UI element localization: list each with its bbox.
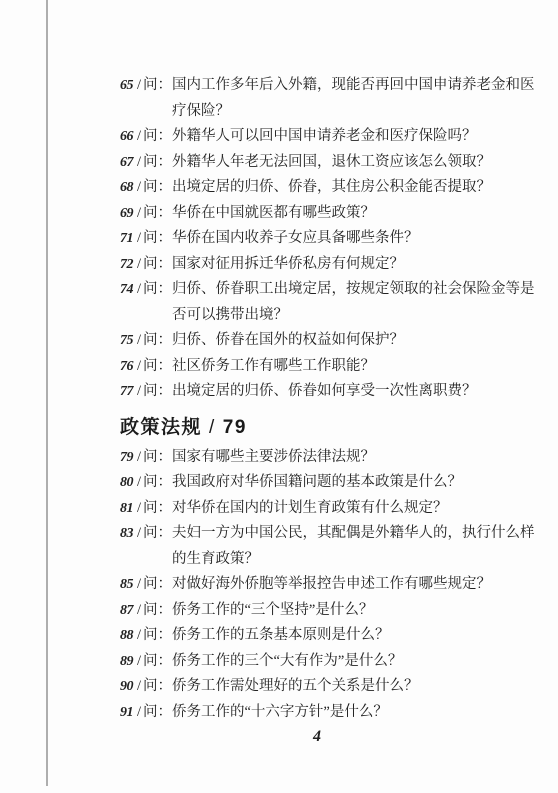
question-label: 问： — [143, 598, 172, 624]
section-heading: 政策法规/79 — [120, 415, 538, 441]
question-number: 80 — [120, 470, 135, 496]
question-text: 我国政府对华侨国籍问题的基本政策是什么？ — [172, 470, 537, 496]
section-title: 政策法规 — [120, 417, 202, 438]
question-text: 对华侨在国内的计划生育政策有什么规定？ — [172, 496, 537, 522]
toc-item-77: 77 / 问： 出境定居的归侨、侨眷如何享受一次性离职费？ — [120, 379, 538, 405]
toc-item-81: 81 / 问： 对华侨在国内的计划生育政策有什么规定？ — [120, 496, 538, 522]
toc-item-79: 79 / 问： 国家有哪些主要涉侨法律法规？ — [120, 445, 538, 471]
question-label: 问： — [143, 674, 172, 700]
question-number: 67 — [120, 150, 135, 176]
question-label: 问： — [143, 496, 172, 522]
question-text: 夫妇一方为中国公民，其配偶是外籍华人的，执行什么样的生育政策？ — [172, 521, 537, 572]
question-number: 75 — [120, 328, 135, 354]
question-label: 问： — [143, 175, 172, 201]
question-number: 85 — [120, 572, 135, 598]
question-label: 问： — [143, 700, 172, 726]
question-label: 问： — [143, 73, 172, 99]
slash-separator: / — [135, 201, 143, 227]
slash-separator: / — [135, 277, 143, 303]
question-text: 国内工作多年后入外籍，现能否再回中国申请养老金和医疗保险？ — [172, 73, 537, 124]
question-label: 问： — [143, 201, 172, 227]
question-label: 问： — [143, 623, 172, 649]
slash-separator: / — [135, 379, 143, 405]
slash-separator: / — [135, 252, 143, 278]
slash-separator: / — [135, 521, 143, 547]
question-label: 问： — [143, 277, 172, 303]
slash-separator: / — [135, 700, 143, 726]
slash-separator: / — [135, 226, 143, 252]
slash-separator: / — [135, 572, 143, 598]
slash-separator: / — [135, 124, 143, 150]
question-text: 侨务工作的“十六字方针”是什么？ — [172, 700, 537, 726]
question-label: 问： — [143, 572, 172, 598]
question-label: 问： — [143, 445, 172, 471]
question-label: 问： — [143, 470, 172, 496]
question-label: 问： — [143, 649, 172, 675]
slash-separator: / — [135, 354, 143, 380]
question-number: 72 — [120, 252, 135, 278]
toc-item-90: 90 / 问： 侨务工作需处理好的五个关系是什么？ — [120, 674, 538, 700]
toc-item-91: 91 / 问： 侨务工作的“十六字方针”是什么？ — [120, 700, 538, 726]
question-label: 问： — [143, 354, 172, 380]
slash-separator: / — [135, 623, 143, 649]
question-number: 89 — [120, 649, 135, 675]
question-number: 81 — [120, 496, 135, 522]
question-number: 76 — [120, 354, 135, 380]
slash-separator: / — [135, 73, 143, 99]
slash-separator: / — [135, 150, 143, 176]
question-number: 69 — [120, 201, 135, 227]
toc-item-69: 69 / 问： 华侨在中国就医都有哪些政策？ — [120, 201, 538, 227]
question-number: 66 — [120, 124, 135, 150]
question-number: 88 — [120, 623, 135, 649]
question-number: 87 — [120, 598, 135, 624]
question-label: 问： — [143, 328, 172, 354]
question-label: 问： — [143, 521, 172, 547]
toc-item-65: 65 / 问： 国内工作多年后入外籍，现能否再回中国申请养老金和医疗保险？ — [120, 73, 538, 124]
slash-separator: / — [135, 598, 143, 624]
toc-item-74: 74 / 问： 归侨、侨眷职工出境定居，按规定领取的社会保险金等是否可以携带出境… — [120, 277, 538, 328]
toc-item-68: 68 / 问： 出境定居的归侨、侨眷，其住房公积金能否提取？ — [120, 175, 538, 201]
question-text: 归侨、侨眷在国外的权益如何保护？ — [172, 328, 537, 354]
question-text: 华侨在中国就医都有哪些政策？ — [172, 201, 537, 227]
question-text: 华侨在国内收养子女应具备哪些条件？ — [172, 226, 537, 252]
question-number: 68 — [120, 175, 135, 201]
question-label: 问： — [143, 124, 172, 150]
question-text: 出境定居的归侨、侨眷，其住房公积金能否提取？ — [172, 175, 537, 201]
section-separator: / — [209, 417, 216, 438]
question-number: 77 — [120, 379, 135, 405]
toc-item-72: 72 / 问： 国家对征用拆迁华侨私房有何规定？ — [120, 252, 538, 278]
toc-item-87: 87 / 问： 侨务工作的“三个坚持”是什么？ — [120, 598, 538, 624]
question-number: 91 — [120, 700, 135, 726]
toc-item-71: 71 / 问： 华侨在国内收养子女应具备哪些条件？ — [120, 226, 538, 252]
slash-separator: / — [135, 328, 143, 354]
slash-separator: / — [135, 496, 143, 522]
question-label: 问： — [143, 252, 172, 278]
page-number: 4 — [120, 727, 514, 747]
question-label: 问： — [143, 379, 172, 405]
question-number: 65 — [120, 73, 135, 99]
toc-item-80: 80 / 问： 我国政府对华侨国籍问题的基本政策是什么？ — [120, 470, 538, 496]
question-text: 侨务工作需处理好的五个关系是什么？ — [172, 674, 537, 700]
slash-separator: / — [135, 470, 143, 496]
question-number: 83 — [120, 521, 135, 547]
section-page: 79 — [223, 417, 247, 438]
toc-item-67: 67 / 问： 外籍华人年老无法回国，退休工资应该怎么领取？ — [120, 150, 538, 176]
question-number: 79 — [120, 445, 135, 471]
question-text: 外籍华人年老无法回国，退休工资应该怎么领取？ — [172, 150, 537, 176]
toc-item-66: 66 / 问： 外籍华人可以回中国申请养老金和医疗保险吗？ — [120, 124, 538, 150]
toc-item-89: 89 / 问： 侨务工作的三个“大有作为”是什么？ — [120, 649, 538, 675]
slash-separator: / — [135, 445, 143, 471]
slash-separator: / — [135, 175, 143, 201]
question-number: 90 — [120, 674, 135, 700]
question-number: 71 — [120, 226, 135, 252]
toc-item-75: 75 / 问： 归侨、侨眷在国外的权益如何保护？ — [120, 328, 538, 354]
question-label: 问： — [143, 226, 172, 252]
question-text: 国家对征用拆迁华侨私房有何规定？ — [172, 252, 537, 278]
question-text: 侨务工作的三个“大有作为”是什么？ — [172, 649, 537, 675]
question-text: 侨务工作的“三个坚持”是什么？ — [172, 598, 537, 624]
slash-separator: / — [135, 674, 143, 700]
question-label: 问： — [143, 150, 172, 176]
toc-item-76: 76 / 问： 社区侨务工作有哪些工作职能？ — [120, 354, 538, 380]
question-text: 对做好海外侨胞等举报控告申述工作有哪些规定？ — [172, 572, 537, 598]
question-text: 出境定居的归侨、侨眷如何享受一次性离职费？ — [172, 379, 537, 405]
question-text: 外籍华人可以回中国申请养老金和医疗保险吗？ — [172, 124, 537, 150]
page-content: 65 / 问： 国内工作多年后入外籍，现能否再回中国申请养老金和医疗保险？ 66… — [0, 0, 558, 747]
question-text: 归侨、侨眷职工出境定居，按规定领取的社会保险金等是否可以携带出境？ — [172, 277, 537, 328]
question-text: 社区侨务工作有哪些工作职能？ — [172, 354, 537, 380]
toc-item-85: 85 / 问： 对做好海外侨胞等举报控告申述工作有哪些规定？ — [120, 572, 538, 598]
toc-item-83: 83 / 问： 夫妇一方为中国公民，其配偶是外籍华人的，执行什么样的生育政策？ — [120, 521, 538, 572]
question-text: 国家有哪些主要涉侨法律法规？ — [172, 445, 537, 471]
toc-item-88: 88 / 问： 侨务工作的五条基本原则是什么？ — [120, 623, 538, 649]
question-text: 侨务工作的五条基本原则是什么？ — [172, 623, 537, 649]
question-number: 74 — [120, 277, 135, 303]
slash-separator: / — [135, 649, 143, 675]
